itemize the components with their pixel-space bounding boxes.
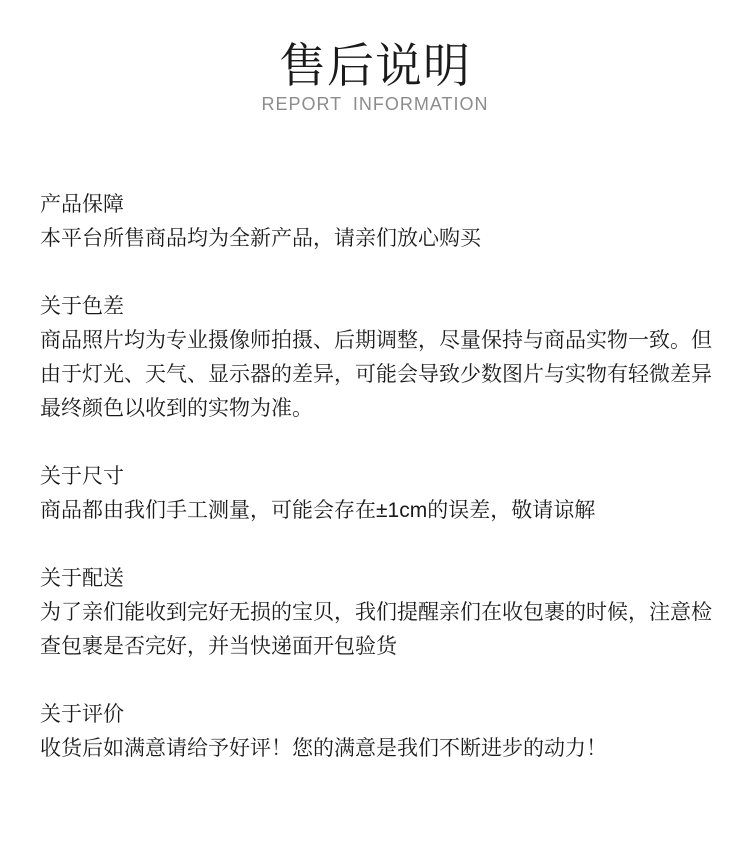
paragraph-line: 为了亲们能收到完好无损的宝贝，我们提醒亲们在收包裹的时候，注意检 bbox=[40, 596, 710, 630]
sections-container: 产品保障 本平台所售商品均为全新产品，请亲们放心购买 关于色差 商品照片均为专业… bbox=[0, 188, 750, 766]
after-sales-page: 售后说明 REPORT INFORMATION 产品保障 本平台所售商品均为全新… bbox=[0, 0, 750, 868]
section-heading: 关于配送 bbox=[40, 562, 710, 596]
section-heading: 关于评价 bbox=[40, 698, 710, 732]
page-header: 售后说明 REPORT INFORMATION bbox=[0, 0, 750, 116]
section-color-difference: 关于色差 商品照片均为专业摄像师拍摄、后期调整，尽量保持与商品实物一致。但 由于… bbox=[40, 290, 710, 426]
paragraph-line: 由于灯光、天气、显示器的差异，可能会导致少数图片与实物有轻微差异 bbox=[40, 358, 710, 392]
page-subtitle: REPORT INFORMATION bbox=[0, 92, 750, 116]
paragraph-line: 商品都由我们手工测量，可能会存在±1cm的误差，敬请谅解 bbox=[40, 494, 710, 528]
paragraph-line: 查包裹是否完好，并当快递面开包验货 bbox=[40, 630, 710, 664]
section-product-guarantee: 产品保障 本平台所售商品均为全新产品，请亲们放心购买 bbox=[40, 188, 710, 256]
section-heading: 产品保障 bbox=[40, 188, 710, 222]
section-size: 关于尺寸 商品都由我们手工测量，可能会存在±1cm的误差，敬请谅解 bbox=[40, 460, 710, 528]
paragraph-line: 本平台所售商品均为全新产品，请亲们放心购买 bbox=[40, 222, 710, 256]
paragraph-line: 最终颜色以收到的实物为准。 bbox=[40, 392, 710, 426]
page-title: 售后说明 bbox=[0, 40, 750, 92]
section-review: 关于评价 收货后如满意请给予好评！您的满意是我们不断进步的动力！ bbox=[40, 698, 710, 766]
section-delivery: 关于配送 为了亲们能收到完好无损的宝贝，我们提醒亲们在收包裹的时候，注意检 查包… bbox=[40, 562, 710, 664]
paragraph-line: 收货后如满意请给予好评！您的满意是我们不断进步的动力！ bbox=[40, 732, 710, 766]
paragraph-line: 商品照片均为专业摄像师拍摄、后期调整，尽量保持与商品实物一致。但 bbox=[40, 324, 710, 358]
section-heading: 关于色差 bbox=[40, 290, 710, 324]
section-heading: 关于尺寸 bbox=[40, 460, 710, 494]
